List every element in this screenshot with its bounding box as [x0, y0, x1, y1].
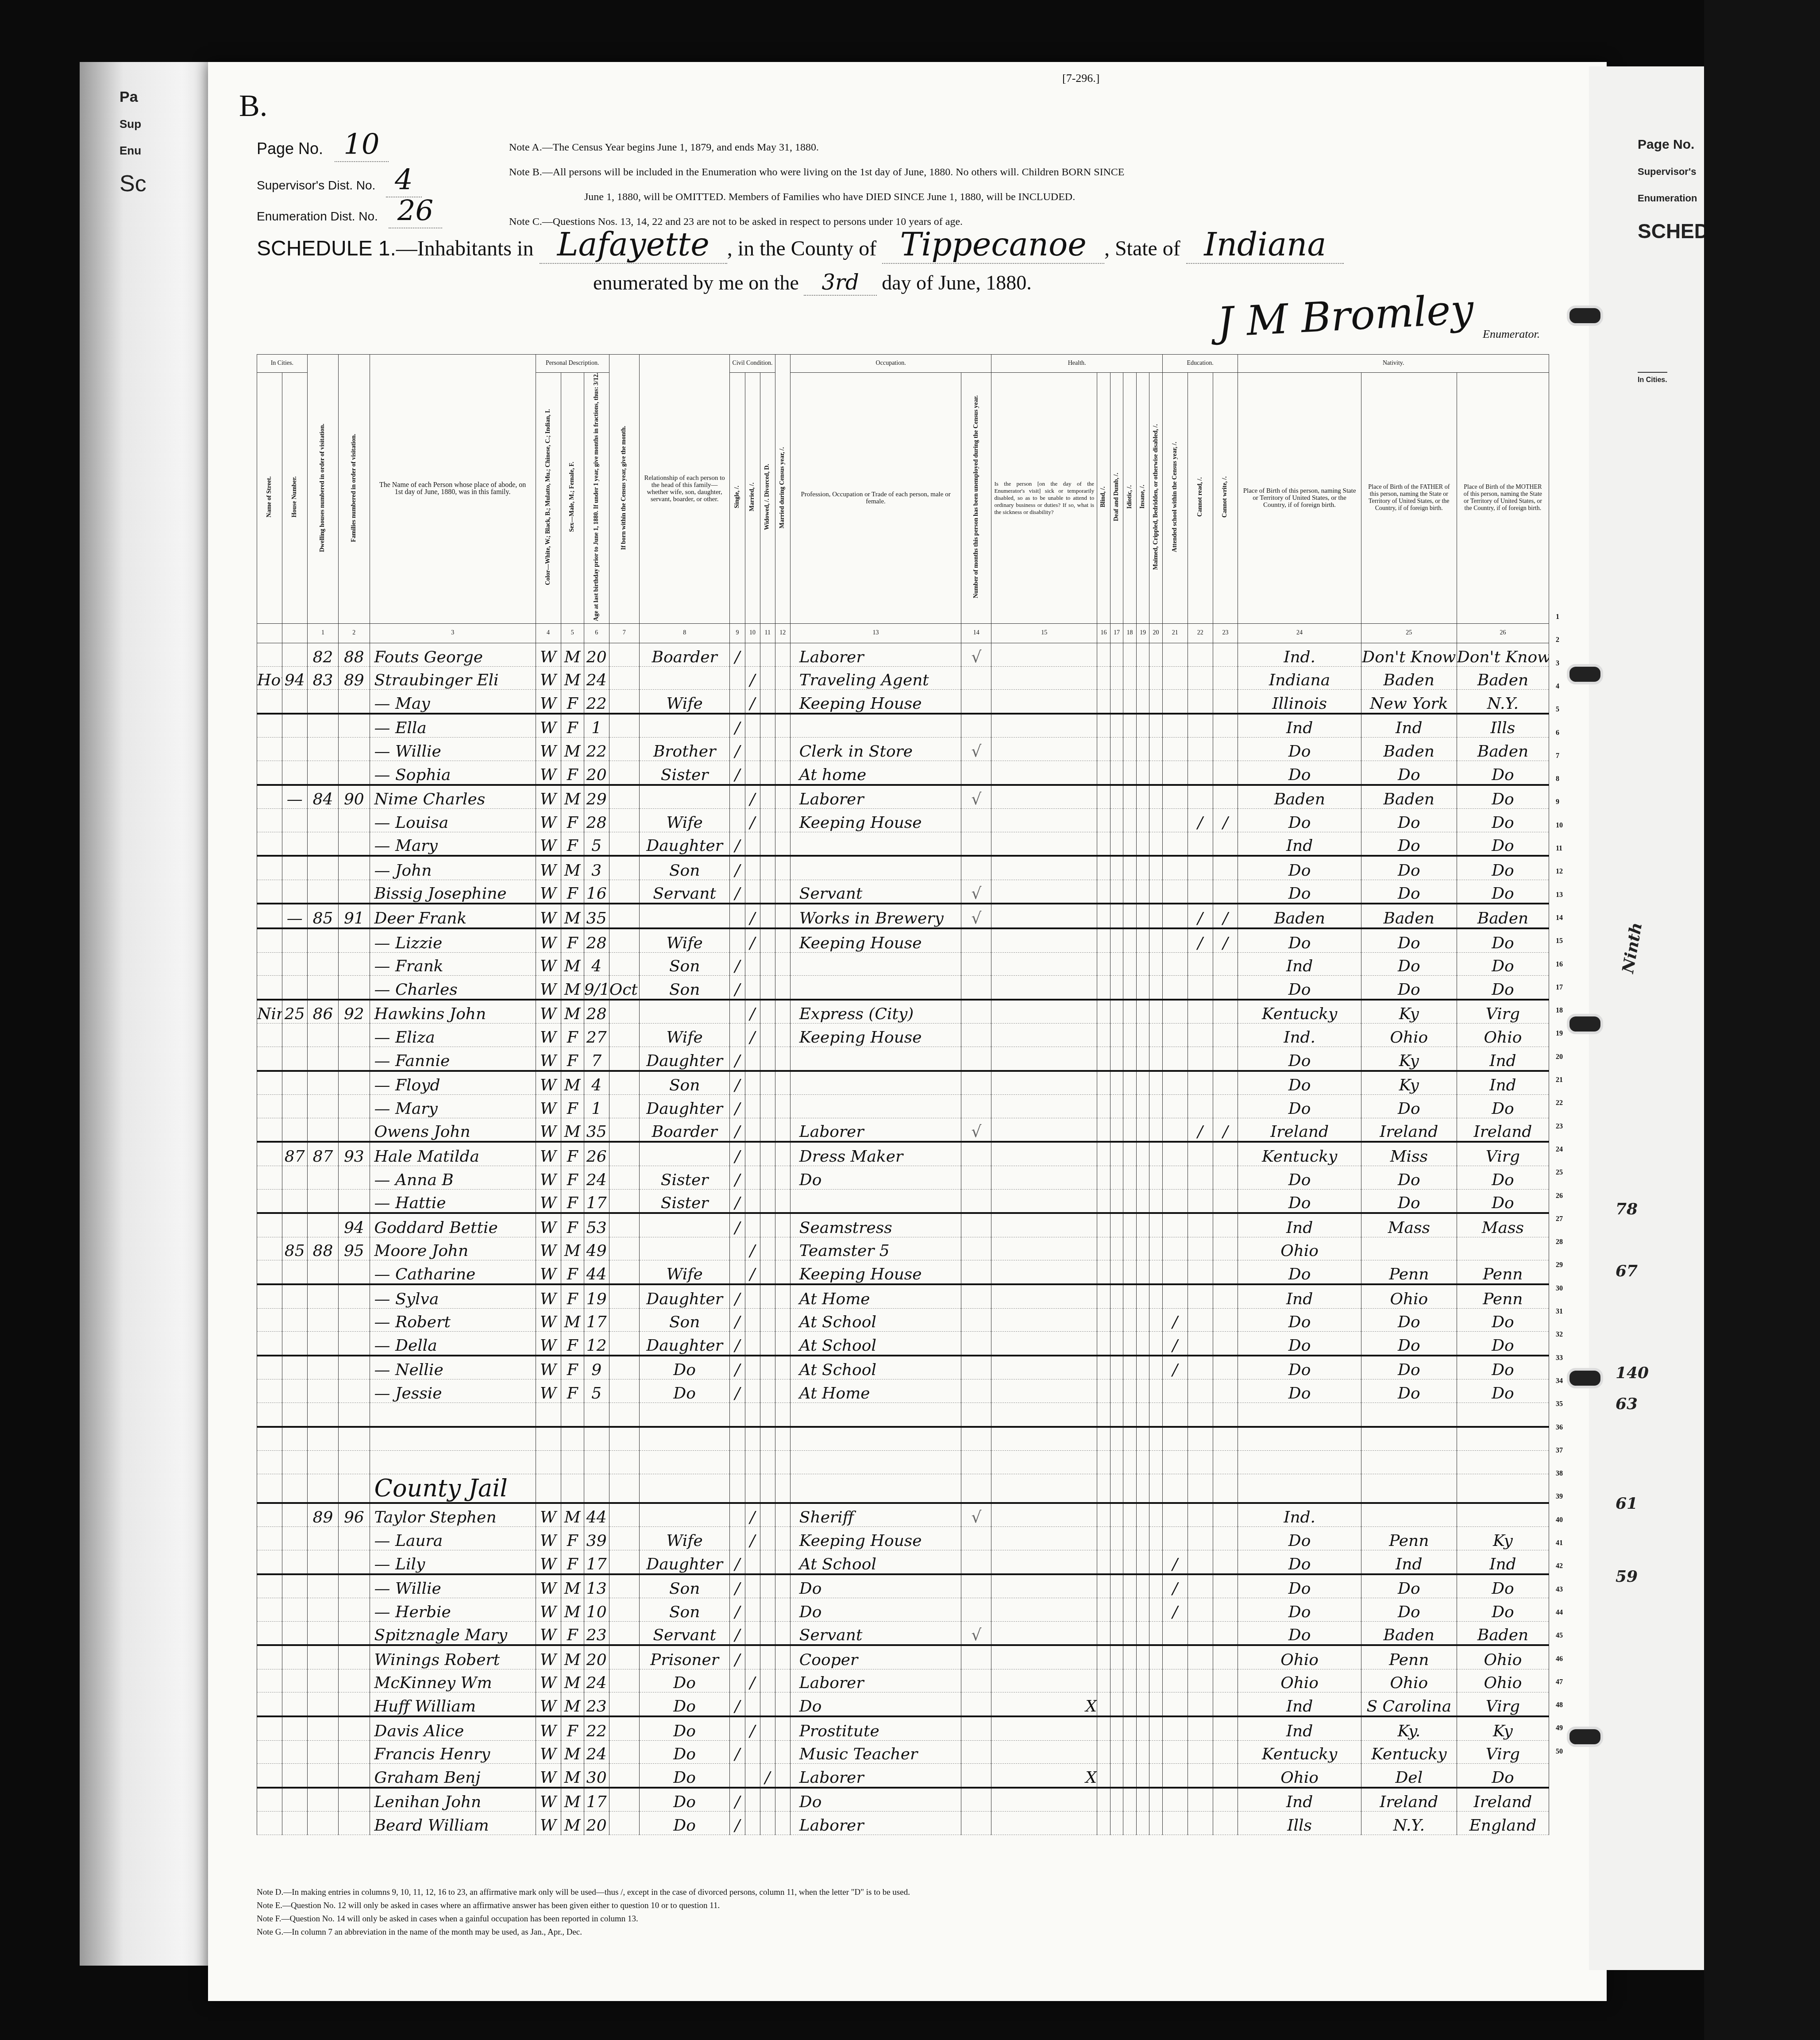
idiotic-cell — [1123, 1260, 1137, 1284]
header-idiotic: Idiotic, /. — [1123, 373, 1137, 624]
sex-cell: M — [561, 856, 584, 880]
cannot-read-cell — [1188, 1402, 1213, 1426]
married-mark-cell — [745, 738, 760, 761]
house-number-cell — [282, 1166, 307, 1190]
single-mark-cell: / — [730, 1213, 745, 1237]
maimed-cell — [1149, 714, 1163, 738]
birthplace-cell: Do — [1238, 1527, 1361, 1550]
color-cell — [536, 1474, 561, 1503]
person-name-cell: — Nellie — [370, 1356, 536, 1379]
idiotic-cell — [1123, 1527, 1137, 1550]
deaf-cell — [1110, 761, 1123, 784]
dwelling-number-cell — [307, 1788, 338, 1812]
family-number-cell — [339, 1550, 370, 1574]
birth-month-cell — [609, 1284, 639, 1308]
group-occupation: Occupation. — [790, 355, 991, 373]
mother-birthplace-cell: Virg — [1457, 1000, 1549, 1024]
birthplace-cell: Do — [1238, 1550, 1361, 1574]
married-census-year-cell — [775, 1332, 790, 1356]
cannot-read-cell — [1188, 1669, 1213, 1692]
sex-cell — [561, 1474, 584, 1503]
family-number-cell — [339, 1621, 370, 1645]
insane-cell — [1136, 880, 1149, 904]
maimed-cell — [1149, 1645, 1163, 1669]
house-number-cell — [282, 1071, 307, 1095]
married-mark-cell: / — [745, 666, 760, 690]
widowed-mark-cell — [760, 880, 775, 904]
birth-month-cell — [609, 1669, 639, 1692]
birthplace-cell: Do — [1238, 1332, 1361, 1356]
deaf-cell — [1110, 809, 1123, 832]
cannot-read-cell — [1188, 856, 1213, 880]
married-census-year-cell — [775, 1621, 790, 1645]
unemployed-cell — [961, 1550, 991, 1574]
insane-cell — [1136, 1764, 1149, 1788]
idiotic-cell — [1123, 1024, 1137, 1047]
single-mark-cell — [730, 1503, 745, 1527]
unemployed-cell — [961, 1788, 991, 1812]
father-birthplace-cell: Ireland — [1361, 1118, 1457, 1142]
father-birthplace-cell: Ky — [1361, 1071, 1457, 1095]
sickness-cell — [991, 1118, 1097, 1142]
occupation-cell: Do — [790, 1692, 961, 1716]
census-row: — NellieWF9Do/At School/DoDoDo — [257, 1356, 1549, 1379]
header-occupation: Profession, Occupation or Trade of each … — [790, 373, 961, 624]
insane-cell — [1136, 1237, 1149, 1260]
sickness-cell — [991, 1451, 1097, 1474]
house-number-cell: 94 — [282, 666, 307, 690]
relationship-cell — [639, 904, 730, 928]
father-birthplace-cell: Do — [1361, 1574, 1457, 1598]
person-name-cell: Davis Alice — [370, 1716, 536, 1740]
deaf-cell — [1110, 1692, 1123, 1716]
dwelling-number-cell — [307, 1260, 338, 1284]
insane-cell — [1136, 809, 1149, 832]
birthplace-cell: Baden — [1238, 785, 1361, 809]
school-cell — [1162, 809, 1188, 832]
family-number-cell — [339, 976, 370, 1000]
widowed-mark-cell — [760, 1788, 775, 1812]
idiotic-cell — [1123, 976, 1137, 1000]
mother-birthplace-cell: Do — [1457, 1379, 1549, 1403]
married-census-year-cell — [775, 1740, 790, 1764]
relationship-cell — [639, 1474, 730, 1503]
house-number-cell — [282, 1213, 307, 1237]
census-row: — ElizaWF27Wife/Keeping HouseInd.OhioOhi… — [257, 1024, 1549, 1047]
cannot-write-cell — [1213, 976, 1238, 1000]
county-value: Tippecanoe — [882, 226, 1104, 264]
color-cell: W — [536, 1598, 561, 1622]
blind-cell — [1097, 1356, 1111, 1379]
deaf-cell — [1110, 1669, 1123, 1692]
unemployed-cell — [961, 928, 991, 952]
birthplace-cell: Do — [1238, 1574, 1361, 1598]
cannot-write-cell — [1213, 690, 1238, 714]
single-mark-cell: / — [730, 1071, 745, 1095]
married-mark-cell — [745, 1550, 760, 1574]
unemployed-cell — [961, 832, 991, 856]
person-name-cell: Lenihan John — [370, 1788, 536, 1812]
single-mark-cell — [730, 1669, 745, 1692]
line-number: 43 — [1556, 1586, 1563, 1594]
sickness-cell — [991, 1788, 1097, 1812]
deaf-cell — [1110, 1024, 1123, 1047]
census-row — [257, 1451, 1549, 1474]
header-mother-birthplace: Place of Birth of the MOTHER of this per… — [1457, 373, 1549, 624]
married-census-year-cell — [775, 1764, 790, 1788]
cannot-read-cell — [1188, 761, 1213, 784]
birthplace-cell: Ireland — [1238, 1118, 1361, 1142]
maimed-cell — [1149, 643, 1163, 666]
occupation-cell — [790, 1427, 961, 1451]
birthplace-cell: Ind — [1238, 1716, 1361, 1740]
line-number: 22 — [1556, 1099, 1563, 1107]
header-group-row: In Cities. Dwelling houses numbered in o… — [257, 355, 1549, 373]
age-cell: 24 — [584, 666, 609, 690]
father-birthplace-cell: Penn — [1361, 1260, 1457, 1284]
idiotic-cell — [1123, 832, 1137, 856]
family-number-cell — [339, 1024, 370, 1047]
married-census-year-cell — [775, 1788, 790, 1812]
house-number-cell — [282, 1284, 307, 1308]
insane-cell — [1136, 1332, 1149, 1356]
maimed-cell — [1149, 1071, 1163, 1095]
father-birthplace-cell: Ky — [1361, 1000, 1457, 1024]
widowed-mark-cell — [760, 1000, 775, 1024]
house-number-cell: 87 — [282, 1142, 307, 1166]
single-mark-cell: / — [730, 761, 745, 784]
person-name-cell: — Della — [370, 1332, 536, 1356]
adjacent-schedule-label: SCHED — [1638, 219, 1704, 243]
father-birthplace-cell: Del — [1361, 1764, 1457, 1788]
header-widowed-text: Widowed, /. Divorced, D. — [764, 464, 771, 530]
occupation-cell — [790, 952, 961, 976]
deaf-cell — [1110, 952, 1123, 976]
line-number: 42 — [1556, 1562, 1563, 1570]
street-cell: Howard — [257, 666, 282, 690]
occupation-cell: Laborer — [790, 643, 961, 666]
census-row: — CharlesWM9/12Oct.Son/DoDoDo — [257, 976, 1549, 1000]
place-value: Lafayette — [540, 226, 727, 264]
street-cell — [257, 1788, 282, 1812]
cannot-read-cell — [1188, 1189, 1213, 1213]
widowed-mark-cell — [760, 1379, 775, 1403]
deaf-cell — [1110, 785, 1123, 809]
census-row: — WillieWM22Brother/Clerk in Store√DoBad… — [257, 738, 1549, 761]
married-mark-cell — [745, 1308, 760, 1332]
sex-cell: F — [561, 1260, 584, 1284]
color-cell: W — [536, 1024, 561, 1047]
sickness-cell — [991, 1645, 1097, 1669]
idiotic-cell — [1123, 1645, 1137, 1669]
cannot-write-cell — [1213, 1332, 1238, 1356]
birth-month-cell — [609, 1379, 639, 1403]
sickness-cell — [991, 856, 1097, 880]
header-cannot-read-text: Cannot read, /. — [1197, 477, 1204, 517]
idiotic-cell — [1123, 1788, 1137, 1812]
person-name-cell: Francis Henry — [370, 1740, 536, 1764]
color-cell: W — [536, 809, 561, 832]
sex-cell: F — [561, 1095, 584, 1118]
mother-birthplace-cell: Baden — [1457, 904, 1549, 928]
street-cell — [257, 1308, 282, 1332]
married-mark-cell — [745, 1356, 760, 1379]
married-mark-cell: / — [745, 1669, 760, 1692]
family-number-cell — [339, 1284, 370, 1308]
single-mark-cell: / — [730, 1621, 745, 1645]
relationship-cell — [639, 1237, 730, 1260]
idiotic-cell — [1123, 952, 1137, 976]
census-row: — SylvaWF19Daughter/At HomeIndOhioPenn — [257, 1284, 1549, 1308]
cannot-read-cell — [1188, 1788, 1213, 1812]
line-number: 35 — [1556, 1400, 1563, 1408]
person-name-cell: — Frank — [370, 952, 536, 976]
father-birthplace-cell: Do — [1361, 1356, 1457, 1379]
line-number: 28 — [1556, 1238, 1563, 1246]
insane-cell — [1136, 643, 1149, 666]
street-cell — [257, 809, 282, 832]
census-row: —8591Deer FrankWM35/Works in Brewery√//B… — [257, 904, 1549, 928]
married-mark-cell: / — [745, 1260, 760, 1284]
mother-birthplace-cell: Baden — [1457, 666, 1549, 690]
birthplace-cell: Do — [1238, 1260, 1361, 1284]
house-number-cell — [282, 928, 307, 952]
dwelling-number-cell: 82 — [307, 643, 338, 666]
cannot-read-cell — [1188, 1474, 1213, 1503]
married-census-year-cell — [775, 690, 790, 714]
adjacent-in-cities: In Cities. — [1638, 372, 1667, 384]
idiotic-cell — [1123, 880, 1137, 904]
family-number-cell — [339, 1189, 370, 1213]
person-name-cell: — Lily — [370, 1550, 536, 1574]
house-number-cell — [282, 1645, 307, 1669]
birthplace-cell: Do — [1238, 1356, 1361, 1379]
census-row: — SophiaWF20Sister/At homeDoDoDo — [257, 761, 1549, 784]
header-color: Color—White, W.; Black, B.; Mulatto, Mu.… — [536, 373, 561, 624]
cannot-read-cell — [1188, 1024, 1213, 1047]
sex-cell: M — [561, 1645, 584, 1669]
cannot-read-cell — [1188, 1812, 1213, 1835]
cannot-read-cell — [1188, 1716, 1213, 1740]
street-cell — [257, 1047, 282, 1071]
age-cell: 44 — [584, 1503, 609, 1527]
blind-cell — [1097, 809, 1111, 832]
note-d: Note D.—In making entries in columns 9, … — [257, 1886, 910, 1899]
birth-month-cell — [609, 1024, 639, 1047]
father-birthplace-cell: Do — [1361, 1379, 1457, 1403]
line-number: 12 — [1556, 868, 1563, 876]
blind-cell — [1097, 1402, 1111, 1426]
age-cell: 20 — [584, 761, 609, 784]
mother-birthplace-cell: Baden — [1457, 738, 1549, 761]
birth-month-cell — [609, 832, 639, 856]
married-census-year-cell — [775, 856, 790, 880]
insane-cell — [1136, 1716, 1149, 1740]
header-street: Name of Street. — [257, 373, 282, 624]
father-birthplace-cell — [1361, 1402, 1457, 1426]
census-row: — CatharineWF44Wife/Keeping HouseDoPennP… — [257, 1260, 1549, 1284]
sex-cell: M — [561, 1308, 584, 1332]
school-cell — [1162, 1047, 1188, 1071]
cannot-write-cell — [1213, 1527, 1238, 1550]
adjacent-house-number: 63 — [1616, 1395, 1638, 1413]
cannot-write-cell — [1213, 1669, 1238, 1692]
person-name-cell: — Robert — [370, 1308, 536, 1332]
insane-cell — [1136, 1574, 1149, 1598]
census-row: — MaryWF1Daughter/DoDoDo — [257, 1095, 1549, 1118]
birth-month-cell — [609, 1550, 639, 1574]
census-row — [257, 1427, 1549, 1451]
widowed-mark-cell — [760, 1598, 775, 1622]
color-cell: W — [536, 690, 561, 714]
single-mark-cell — [730, 904, 745, 928]
person-name-cell: Taylor Stephen — [370, 1503, 536, 1527]
mother-birthplace-cell: Ohio — [1457, 1024, 1549, 1047]
deaf-cell — [1110, 643, 1123, 666]
census-row: —8490Nime CharlesWM29/Laborer√BadenBaden… — [257, 785, 1549, 809]
column-number: 10 — [745, 623, 760, 643]
maimed-cell — [1149, 952, 1163, 976]
street-cell — [257, 761, 282, 784]
deaf-cell — [1110, 714, 1123, 738]
single-mark-cell: / — [730, 1598, 745, 1622]
relationship-cell: Son — [639, 976, 730, 1000]
blind-cell — [1097, 1427, 1111, 1451]
deaf-cell — [1110, 1071, 1123, 1095]
father-birthplace-cell: Do — [1361, 809, 1457, 832]
person-name-cell: McKinney Wm — [370, 1669, 536, 1692]
state-value: Indiana — [1186, 226, 1344, 264]
idiotic-cell — [1123, 761, 1137, 784]
relationship-cell: Daughter — [639, 1047, 730, 1071]
house-number-cell — [282, 643, 307, 666]
person-name-cell: — Willie — [370, 738, 536, 761]
header-family-text: Families numbered in order of visitation… — [351, 434, 358, 542]
street-cell — [257, 1764, 282, 1788]
birth-month-cell — [609, 1142, 639, 1166]
school-cell — [1162, 1284, 1188, 1308]
column-number: 21 — [1162, 623, 1188, 643]
family-number-cell — [339, 690, 370, 714]
age-cell: 9 — [584, 1356, 609, 1379]
cannot-read-cell — [1188, 1000, 1213, 1024]
cannot-read-cell — [1188, 1237, 1213, 1260]
occupation-cell: Prostitute — [790, 1716, 961, 1740]
insane-cell — [1136, 1356, 1149, 1379]
insane-cell — [1136, 666, 1149, 690]
occupation-cell: At Home — [790, 1379, 961, 1403]
sickness-cell — [991, 809, 1097, 832]
age-cell: 5 — [584, 832, 609, 856]
married-census-year-cell — [775, 1189, 790, 1213]
sickness-cell: X — [991, 1764, 1097, 1788]
mother-birthplace-cell: Baden — [1457, 1621, 1549, 1645]
mother-birthplace-cell: Ohio — [1457, 1669, 1549, 1692]
dwelling-number-cell: 88 — [307, 1237, 338, 1260]
dwelling-number-cell — [307, 1071, 338, 1095]
single-mark-cell: / — [730, 1189, 745, 1213]
relationship-cell: Son — [639, 952, 730, 976]
cannot-write-cell: / — [1213, 904, 1238, 928]
dwelling-number-cell — [307, 1427, 338, 1451]
relationship-cell — [639, 1427, 730, 1451]
married-census-year-cell — [775, 1402, 790, 1426]
sex-cell: F — [561, 1024, 584, 1047]
header-married-census-year-text: Married during Census year, /. — [779, 447, 786, 529]
single-mark-cell: / — [730, 1740, 745, 1764]
deaf-cell — [1110, 1574, 1123, 1598]
sickness-cell — [991, 714, 1097, 738]
age-cell: 24 — [584, 1669, 609, 1692]
married-mark-cell: / — [745, 904, 760, 928]
birthplace-cell: Ohio — [1238, 1669, 1361, 1692]
single-mark-cell: / — [730, 1166, 745, 1190]
sex-cell: F — [561, 809, 584, 832]
house-number-cell — [282, 1550, 307, 1574]
maimed-cell — [1149, 856, 1163, 880]
idiotic-cell — [1123, 1669, 1137, 1692]
sickness-cell — [991, 1503, 1097, 1527]
idiotic-cell — [1123, 1598, 1137, 1622]
birth-month-cell — [609, 1071, 639, 1095]
inhabitants-label: —Inhabitants in — [396, 237, 534, 260]
occupation-cell: At home — [790, 761, 961, 784]
enumeration-district-label: Enumeration Dist. No. — [257, 209, 378, 223]
family-number-cell — [339, 880, 370, 904]
street-cell: Ninth — [257, 1000, 282, 1024]
cannot-read-cell: / — [1188, 1118, 1213, 1142]
family-number-cell — [339, 1740, 370, 1764]
sex-cell: M — [561, 1788, 584, 1812]
birthplace-cell: Do — [1238, 761, 1361, 784]
column-number: 1 — [307, 623, 338, 643]
widowed-mark-cell — [760, 952, 775, 976]
deaf-cell — [1110, 1764, 1123, 1788]
street-cell — [257, 1812, 282, 1835]
person-name-cell: — Ella — [370, 714, 536, 738]
blind-cell — [1097, 832, 1111, 856]
insane-cell — [1136, 1669, 1149, 1692]
line-number: 46 — [1556, 1655, 1563, 1663]
mother-birthplace-cell: Do — [1457, 880, 1549, 904]
married-census-year-cell — [775, 1812, 790, 1835]
cannot-write-cell — [1213, 1764, 1238, 1788]
dwelling-number-cell — [307, 1284, 338, 1308]
deaf-cell — [1110, 1716, 1123, 1740]
person-name-cell: Graham Benj — [370, 1764, 536, 1788]
person-name-cell: Straubinger Eli — [370, 666, 536, 690]
mother-birthplace-cell: Don't Know — [1457, 643, 1549, 666]
unemployed-cell — [961, 1692, 991, 1716]
married-census-year-cell — [775, 976, 790, 1000]
street-cell — [257, 1024, 282, 1047]
age-cell: 23 — [584, 1692, 609, 1716]
sickness-cell — [991, 1095, 1097, 1118]
unemployed-cell — [961, 1402, 991, 1426]
married-census-year-cell — [775, 1716, 790, 1740]
birth-month-cell — [609, 785, 639, 809]
color-cell: W — [536, 1308, 561, 1332]
school-cell: / — [1162, 1598, 1188, 1622]
census-row: — DellaWF12Daughter/At School/DoDoDo — [257, 1332, 1549, 1356]
blind-cell — [1097, 1047, 1111, 1071]
header-street-text: Name of Street. — [266, 476, 273, 518]
deaf-cell — [1110, 904, 1123, 928]
idiotic-cell — [1123, 1764, 1137, 1788]
cannot-read-cell: / — [1188, 809, 1213, 832]
birthplace-cell: Do — [1238, 1598, 1361, 1622]
married-mark-cell — [745, 976, 760, 1000]
